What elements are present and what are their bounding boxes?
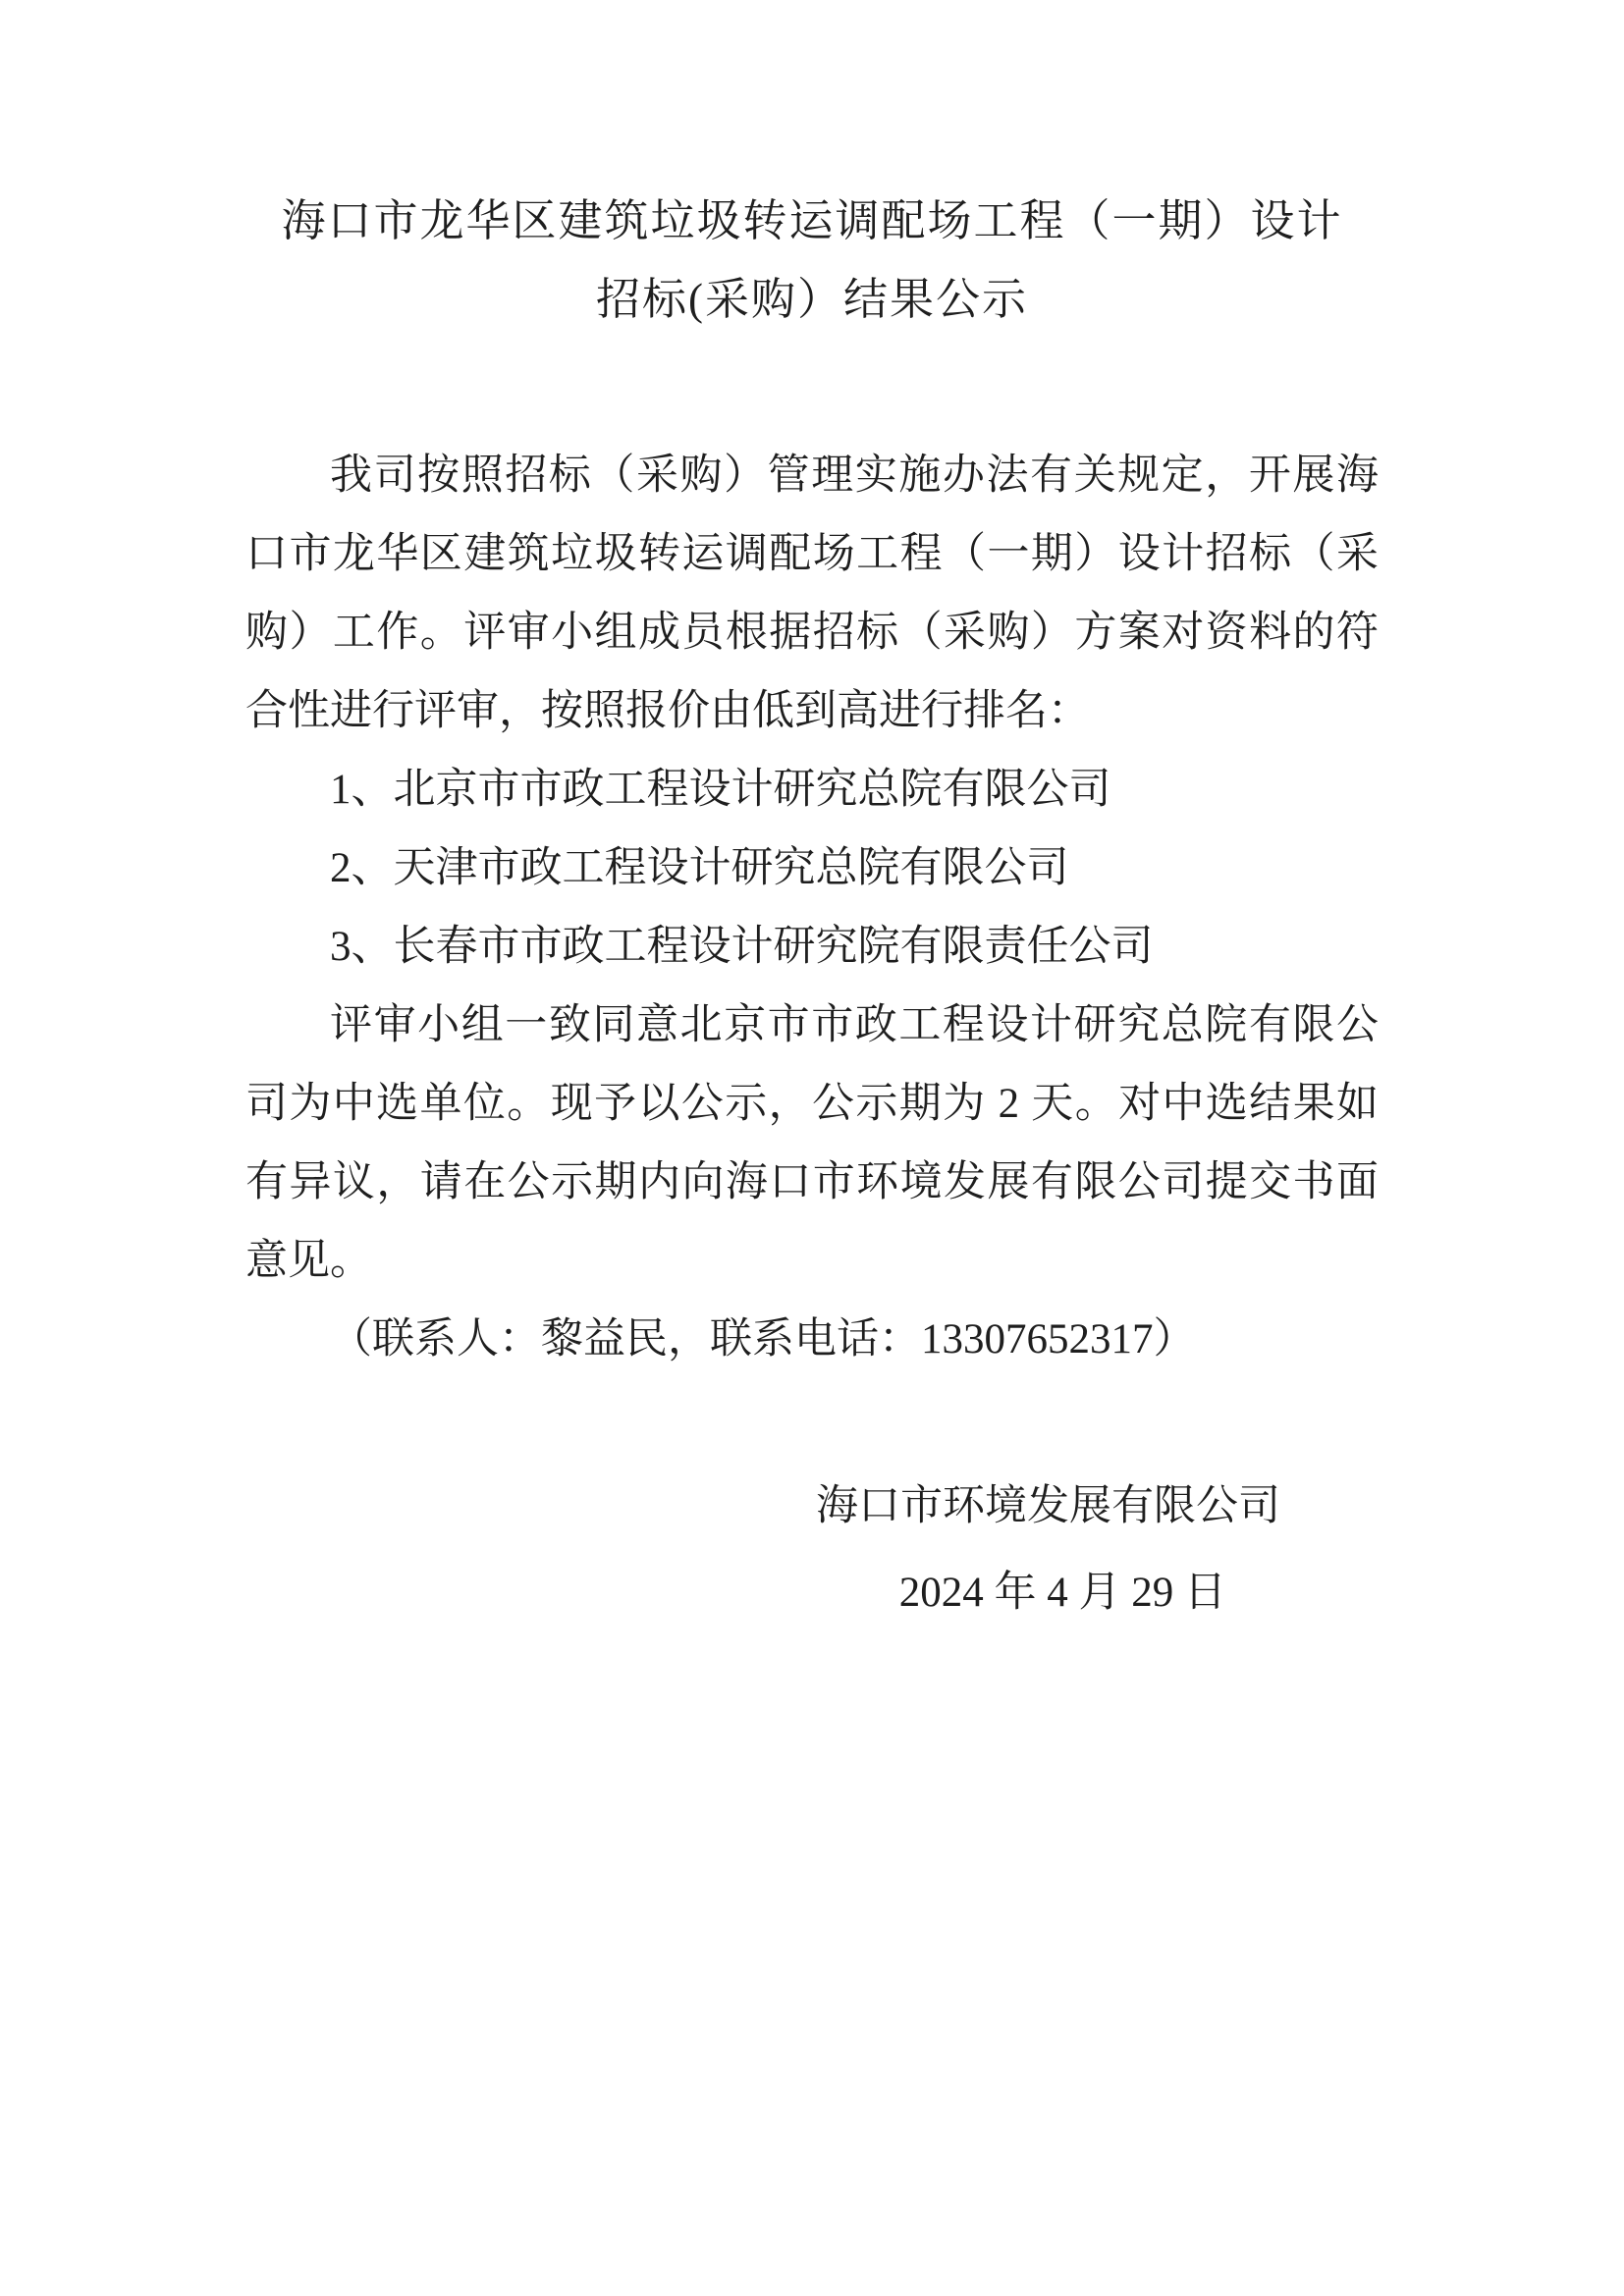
body-line: 意见。 (245, 1222, 1379, 1301)
title-line-2: 招标(采购）结果公示 (245, 260, 1379, 339)
body-line: 有异议，请在公示期内向海口市环境发展有限公司提交书面 (245, 1144, 1379, 1222)
document-title: 海口市龙华区建筑垃圾转运调配场工程（一期）设计 招标(采购）结果公示 (245, 182, 1379, 339)
signature-block: 海口市环境发展有限公司 2024 年 4 月 29 日 (245, 1468, 1379, 1632)
body-line: 口市龙华区建筑垃圾转运调配场工程（一期）设计招标（采 (245, 515, 1379, 594)
document-body: 我司按照招标（采购）管理实施办法有关规定，开展海 口市龙华区建筑垃圾转运调配场工… (245, 437, 1379, 1379)
ranked-bidder-3: 3、长春市市政工程设计研究院有限责任公司 (245, 908, 1379, 987)
body-line: 合性进行评审，按照报价由低到高进行排名： (245, 672, 1379, 751)
body-line: 评审小组一致同意北京市市政工程设计研究总院有限公 (245, 987, 1379, 1065)
document-page: 海口市龙华区建筑垃圾转运调配场工程（一期）设计 招标(采购）结果公示 我司按照招… (0, 0, 1624, 2296)
title-line-1: 海口市龙华区建筑垃圾转运调配场工程（一期）设计 (245, 182, 1379, 260)
body-line: 购）工作。评审小组成员根据招标（采购）方案对资料的符 (245, 594, 1379, 672)
ranked-bidder-1: 1、北京市市政工程设计研究总院有限公司 (245, 751, 1379, 829)
body-line: 我司按照招标（采购）管理实施办法有关规定，开展海 (245, 437, 1379, 515)
signature-date: 2024 年 4 月 29 日 (245, 1554, 1379, 1632)
signature-company: 海口市环境发展有限公司 (245, 1468, 1379, 1546)
ranked-bidder-2: 2、天津市政工程设计研究总院有限公司 (245, 829, 1379, 908)
body-line: 司为中选单位。现予以公示，公示期为 2 天。对中选结果如 (245, 1065, 1379, 1144)
contact-line: （联系人：黎益民，联系电话：13307652317） (245, 1301, 1379, 1379)
